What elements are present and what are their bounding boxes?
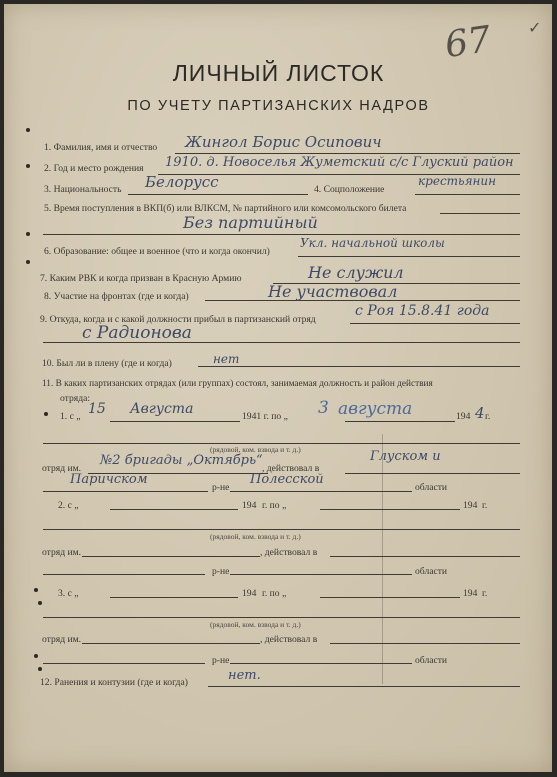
field-6-label: 6. Образование: общее и военное (что и к…	[44, 246, 270, 257]
field-4-line	[415, 194, 520, 195]
unit-2-acted-line	[330, 556, 520, 557]
unit-1-to-year-prefix: 194	[456, 411, 470, 422]
field-11-label-2: отряда:	[60, 393, 90, 404]
field-12-value[interactable]: нет.	[228, 668, 261, 683]
field-3-line	[128, 194, 308, 195]
unit-1-otryad-value[interactable]: №2 бригады „Октябрь“	[100, 453, 263, 468]
punch-hole	[26, 128, 30, 132]
field-10-value[interactable]: нет	[213, 352, 239, 366]
unit-2-to-year: 194	[463, 500, 477, 511]
unit-1-region-line	[230, 491, 412, 492]
unit-3-rne-label: р-не	[212, 655, 229, 666]
unit-3-num: 3. с „	[58, 588, 79, 599]
field-4-value[interactable]: крестьянин	[418, 174, 496, 188]
unit-3-acted-line	[330, 643, 520, 644]
field-6-line	[298, 256, 520, 257]
unit-3-g: г.	[482, 588, 487, 599]
unit-3-position-line	[43, 617, 520, 618]
unit-2-position-hint: (рядовой, ком. взвода и т. д.)	[210, 532, 301, 541]
field-1-label: 1. Фамилия, имя и отчество	[44, 142, 157, 153]
field-2-label: 2. Год и место рождения	[44, 163, 144, 174]
field-1-line	[175, 153, 520, 154]
field-7-value[interactable]: Не служил	[308, 263, 404, 282]
field-1-value[interactable]: Жингол Борис Осипович	[185, 133, 382, 151]
unit-3-otryad-label: отряд им.	[42, 634, 81, 645]
unit-1-to-year-suffix: г.	[485, 411, 490, 422]
unit-1-from-day[interactable]: 15	[88, 401, 106, 417]
unit-3-to-year: 194	[463, 588, 477, 599]
unit-3-district-line	[43, 663, 205, 664]
field-12-line	[208, 686, 520, 687]
field-3-label: 3. Национальность	[44, 184, 121, 195]
unit-1-to-line	[345, 421, 455, 422]
punch-hole	[26, 164, 30, 168]
field-12-label: 12. Ранения и контузии (где и когда)	[40, 677, 188, 688]
field-9-line	[350, 323, 520, 324]
document-subtitle: ПО УЧЕТУ ПАРТИЗАНСКИХ НАДРОВ	[0, 98, 557, 114]
unit-2-region-line	[230, 574, 412, 575]
unit-3-g-po: г. по „	[262, 588, 286, 599]
unit-2-acted-label: , действовал в	[260, 547, 317, 558]
check-mark-icon: ✓	[528, 18, 541, 37]
unit-2-district-line	[43, 574, 205, 575]
document-title: ЛИЧНЫЙ ЛИСТОК	[0, 60, 557, 87]
punch-hole	[34, 588, 38, 592]
unit-1-num: 1. с „	[60, 411, 81, 422]
unit-2-to-line	[320, 509, 460, 510]
field-5-line	[440, 213, 520, 214]
unit-3-otryad-line	[82, 643, 260, 644]
unit-3-region-line	[230, 663, 412, 664]
punch-hole	[38, 667, 42, 671]
field-4-label: 4. Соцположение	[314, 184, 384, 195]
punch-hole	[34, 654, 38, 658]
unit-2-g-po: г. по „	[262, 500, 286, 511]
field-5-line-2	[43, 234, 520, 235]
unit-2-oblast-label: области	[415, 566, 447, 577]
unit-1-to-day[interactable]: 3	[318, 398, 329, 418]
punch-hole	[26, 232, 30, 236]
field-3-value[interactable]: Белорусс	[145, 173, 219, 191]
field-11-label: 11. В каких партизанских отрядах (или гр…	[42, 379, 433, 389]
unit-3-from-line	[110, 597, 238, 598]
unit-1-from-line	[110, 421, 240, 422]
field-2-value[interactable]: 1910. д. Новоселья Жуметский с/с Глуский…	[165, 155, 514, 170]
field-9-value-2[interactable]: с Радионова	[82, 323, 192, 343]
unit-1-rne-label: р-не	[212, 482, 229, 493]
field-10-label: 10. Был ли в плену (где и когда)	[42, 358, 172, 369]
unit-1-from-month[interactable]: Августа	[130, 401, 193, 417]
archive-number-handwritten: 67	[442, 19, 493, 66]
unit-1-district-value[interactable]: Паричском	[70, 472, 148, 487]
unit-1-acted-line	[345, 473, 520, 474]
punch-hole	[44, 412, 48, 416]
punch-hole	[38, 601, 42, 605]
unit-2-from-year: 194	[242, 500, 256, 511]
unit-1-acted-value[interactable]: Глуском и	[370, 449, 441, 464]
unit-3-to-line	[320, 597, 460, 598]
unit-3-from-year: 194	[242, 588, 256, 599]
punch-hole	[26, 260, 30, 264]
unit-1-from-year: 1941 г. по „	[242, 411, 288, 422]
unit-1-position-line	[43, 443, 520, 444]
unit-2-from-line	[110, 509, 238, 510]
field-7-label: 7. Каким РВК и когда призван в Красную А…	[40, 273, 242, 284]
unit-1-district-line	[43, 491, 208, 492]
unit-2-position-line	[43, 529, 520, 530]
unit-2-otryad-label: отряд им.	[42, 547, 81, 558]
unit-2-g: г.	[482, 500, 487, 511]
unit-3-oblast-label: области	[415, 655, 447, 666]
unit-2-otryad-line	[82, 556, 260, 557]
unit-3-acted-label: , действовал в	[260, 634, 317, 645]
fold-line	[382, 434, 383, 684]
field-5-value[interactable]: Без партийный	[183, 213, 318, 232]
unit-1-oblast-label: области	[415, 482, 447, 493]
field-8-value[interactable]: Не участвовал	[268, 282, 397, 301]
unit-3-position-hint: (рядовой, ком. взвода и т. д.)	[210, 620, 301, 629]
field-9-value[interactable]: с Роя 15.8.41 года	[355, 303, 489, 319]
unit-1-to-year-digit[interactable]: 4	[475, 404, 485, 422]
unit-2-num: 2. с „	[58, 500, 79, 511]
unit-1-region-value[interactable]: Полесской	[250, 472, 324, 487]
unit-2-rne-label: р-не	[212, 566, 229, 577]
field-8-label: 8. Участие на фронтах (где и когда)	[44, 291, 189, 302]
field-6-value[interactable]: Укл. начальной школы	[300, 236, 445, 250]
unit-1-to-month[interactable]: августа	[338, 399, 412, 419]
field-10-line	[198, 366, 520, 367]
